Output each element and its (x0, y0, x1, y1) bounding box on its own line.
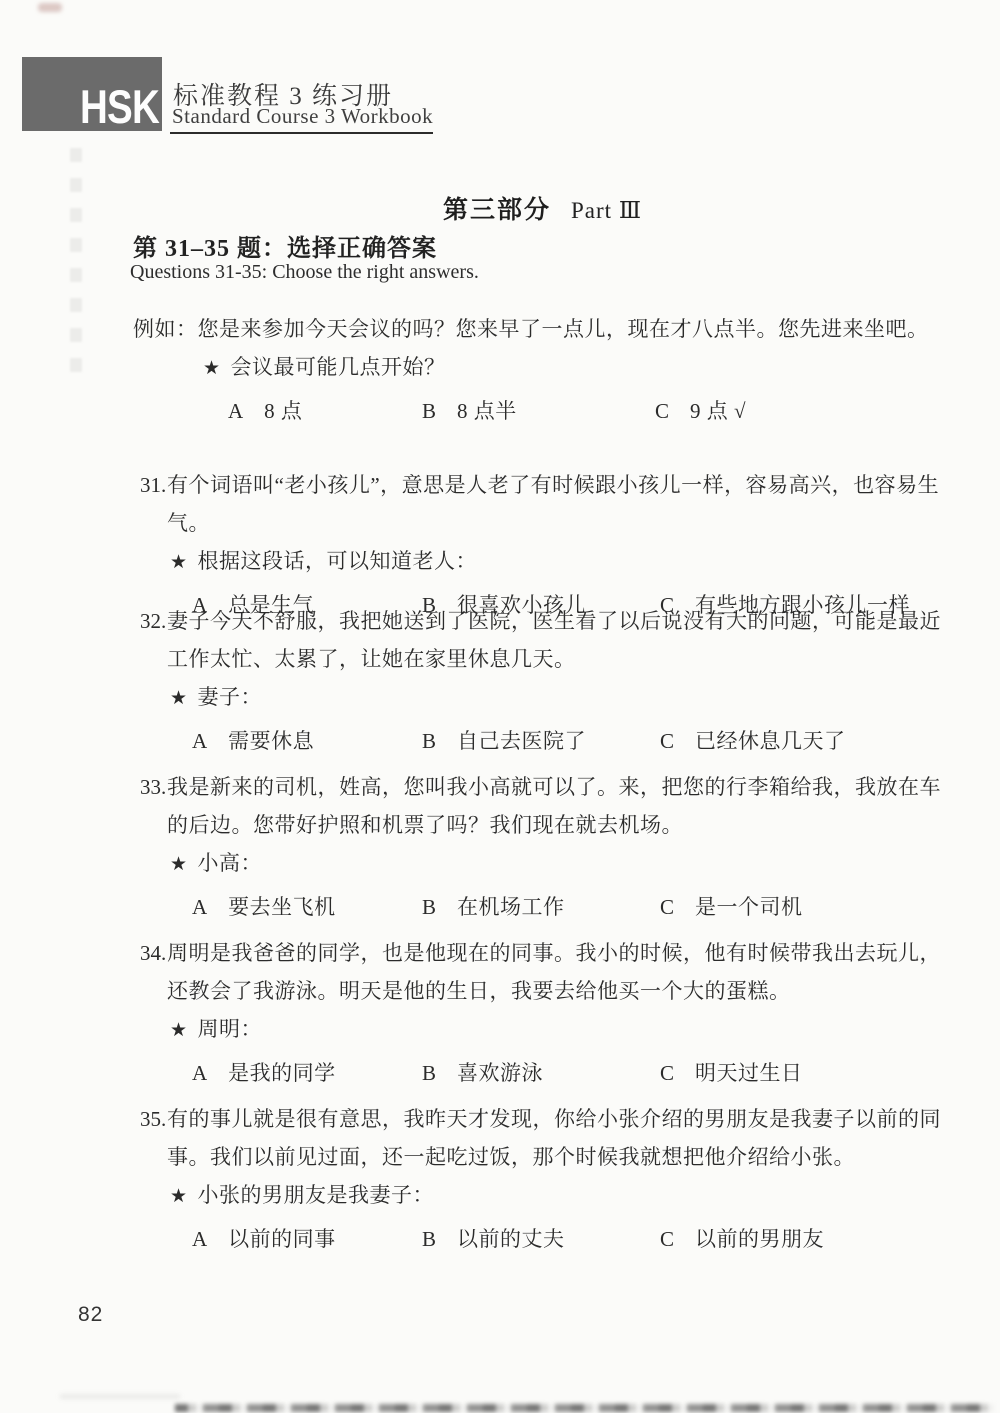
option-a-label: 8 点 (243, 392, 302, 430)
hsk-logo: HSK (22, 57, 162, 131)
directions-en: Questions 31-35: Choose the right answer… (130, 261, 479, 284)
question-prompt: 周明： (198, 1017, 263, 1041)
option-c: C 以前的男朋友 (660, 1220, 824, 1258)
option-a-letter: A (192, 722, 207, 760)
option-b: B 自己去医院了 (422, 722, 660, 760)
option-a: A 8 点 (228, 392, 422, 430)
option-b-letter: B (422, 888, 436, 926)
question-number: 33. (140, 768, 167, 806)
option-c-label: 是一个司机 (674, 888, 803, 926)
option-b-letter: B (422, 722, 436, 760)
star-icon: ★ (170, 1020, 188, 1041)
example-passage: 您是来参加今天会议的吗？您来早了一点儿，现在才八点半。您先进来坐吧。 (198, 310, 964, 348)
option-b-letter: B (422, 1054, 436, 1092)
option-c: C 是一个司机 (660, 888, 803, 926)
question-passage: 有个词语叫“老小孩儿”，意思是人老了有时候跟小孩儿一样，容易高兴，也容易生气。 (167, 466, 957, 542)
option-b-letter: B (422, 1220, 436, 1258)
question-passage: 周明是我爸爸的同学，也是他现在的同事。我小的时候，他有时候带我出去玩儿，还教会了… (167, 934, 957, 1010)
option-a-letter: A (192, 1054, 207, 1092)
directions-zh: 第 31–35 题：选择正确答案 (133, 228, 437, 263)
question-passage: 有的事儿就是很有意思，我昨天才发现，你给小张介绍的男朋友是我妻子以前的同事。我们… (167, 1100, 957, 1176)
question-block-34: 34. 周明是我爸爸的同学，也是他现在的同事。我小的时候，他有时候带我出去玩儿，… (140, 934, 970, 1092)
option-c: C 已经休息几天了 (660, 722, 846, 760)
option-b: B 在机场工作 (422, 888, 660, 926)
question-options: A 要去坐飞机 B 在机场工作 C 是一个司机 (192, 888, 970, 926)
option-a: A 是我的同学 (192, 1054, 422, 1092)
example-options: A 8 点 B 8 点半 C 9 点 √ (228, 392, 963, 430)
option-c-letter: C (660, 888, 674, 926)
header-divider (170, 132, 433, 134)
page-number: 82 (78, 1303, 103, 1327)
hsk-logo-text: HSK (80, 85, 162, 131)
option-c-letter: C (660, 722, 674, 760)
option-a-letter: A (192, 888, 207, 926)
question-number: 31. (140, 466, 167, 504)
star-icon: ★ (203, 358, 221, 379)
option-c-letter: C (655, 392, 669, 430)
question-number: 34. (140, 934, 167, 972)
option-a-label: 要去坐飞机 (207, 888, 336, 926)
option-a-label: 需要休息 (207, 722, 314, 760)
scan-artifact (60, 1394, 180, 1399)
question-block-33: 33. 我是新来的司机，姓高，您叫我小高就可以了。来，把您的行李箱给我，我放在车… (140, 768, 970, 926)
question-block-32: 32. 妻子今天不舒服，我把她送到了医院，医生看了以后说没有大的问题，可能是最近… (140, 602, 970, 760)
option-c-label: 已经休息几天了 (674, 722, 846, 760)
question-options: A 以前的同事 B 以前的丈夫 C 以前的男朋友 (192, 1220, 970, 1258)
example-block: 例如： 您是来参加今天会议的吗？您来早了一点儿，现在才八点半。您先进来坐吧。 ★… (133, 310, 963, 430)
option-b: B 8 点半 (422, 392, 655, 430)
option-c-letter: C (660, 1054, 674, 1092)
option-b-letter: B (422, 392, 436, 430)
question-passage: 妻子今天不舒服，我把她送到了医院，医生看了以后说没有大的问题，可能是最近工作太忙… (167, 602, 957, 678)
example-prompt: 会议最可能几点开始？ (231, 355, 446, 379)
scan-bleedthrough (70, 148, 82, 378)
question-block-31: 31. 有个词语叫“老小孩儿”，意思是人老了有时候跟小孩儿一样，容易高兴，也容易… (140, 466, 970, 624)
option-a: A 要去坐飞机 (192, 888, 422, 926)
question-number: 32. (140, 602, 167, 640)
question-prompt: 小张的男朋友是我妻子： (198, 1183, 435, 1207)
option-c: C 明天过生日 (660, 1054, 803, 1092)
star-icon: ★ (170, 688, 188, 709)
option-b-label: 以前的丈夫 (436, 1220, 565, 1258)
question-prompt: 小高： (198, 851, 263, 875)
part-title: 第三部分 Part Ⅲ (443, 190, 642, 226)
option-b-label: 8 点半 (436, 392, 517, 430)
scan-cutoff-text (175, 1404, 994, 1412)
option-b-label: 自己去医院了 (436, 722, 586, 760)
option-a: A 需要休息 (192, 722, 422, 760)
option-b-label: 喜欢游泳 (436, 1054, 543, 1092)
question-number: 35. (140, 1100, 167, 1138)
scan-smudge (38, 3, 62, 12)
question-passage: 我是新来的司机，姓高，您叫我小高就可以了。来，把您的行李箱给我，我放在车的后边。… (167, 768, 957, 844)
question-options: A 需要休息 B 自己去医院了 C 已经休息几天了 (192, 722, 970, 760)
part-title-zh: 第三部分 (443, 190, 551, 226)
workbook-page: HSK 标准教程 3 练习册 Standard Course 3 Workboo… (0, 0, 1000, 1413)
star-icon: ★ (170, 552, 188, 573)
option-a-letter: A (192, 1220, 207, 1258)
option-c-label: 明天过生日 (674, 1054, 803, 1092)
question-prompt: 根据这段话，可以知道老人： (198, 549, 478, 573)
question-block-35: 35. 有的事儿就是很有意思，我昨天才发现，你给小张介绍的男朋友是我妻子以前的同… (140, 1100, 970, 1258)
question-options: A 是我的同学 B 喜欢游泳 C 明天过生日 (192, 1054, 970, 1092)
option-b: B 喜欢游泳 (422, 1054, 660, 1092)
star-icon: ★ (170, 854, 188, 875)
option-c: C 9 点 √ (655, 392, 746, 430)
option-b: B 以前的丈夫 (422, 1220, 660, 1258)
example-label: 例如： (133, 310, 198, 348)
option-c-label: 9 点 √ (669, 392, 746, 430)
series-title-en: Standard Course 3 Workbook (172, 104, 433, 129)
option-a-letter: A (228, 392, 243, 430)
star-icon: ★ (170, 1186, 188, 1207)
option-a-label: 以前的同事 (207, 1220, 336, 1258)
question-prompt: 妻子： (198, 685, 263, 709)
option-a-label: 是我的同学 (207, 1054, 336, 1092)
option-c-letter: C (660, 1220, 674, 1258)
option-c-label: 以前的男朋友 (674, 1220, 824, 1258)
part-title-en: Part Ⅲ (571, 198, 642, 224)
option-b-label: 在机场工作 (436, 888, 565, 926)
option-a: A 以前的同事 (192, 1220, 422, 1258)
